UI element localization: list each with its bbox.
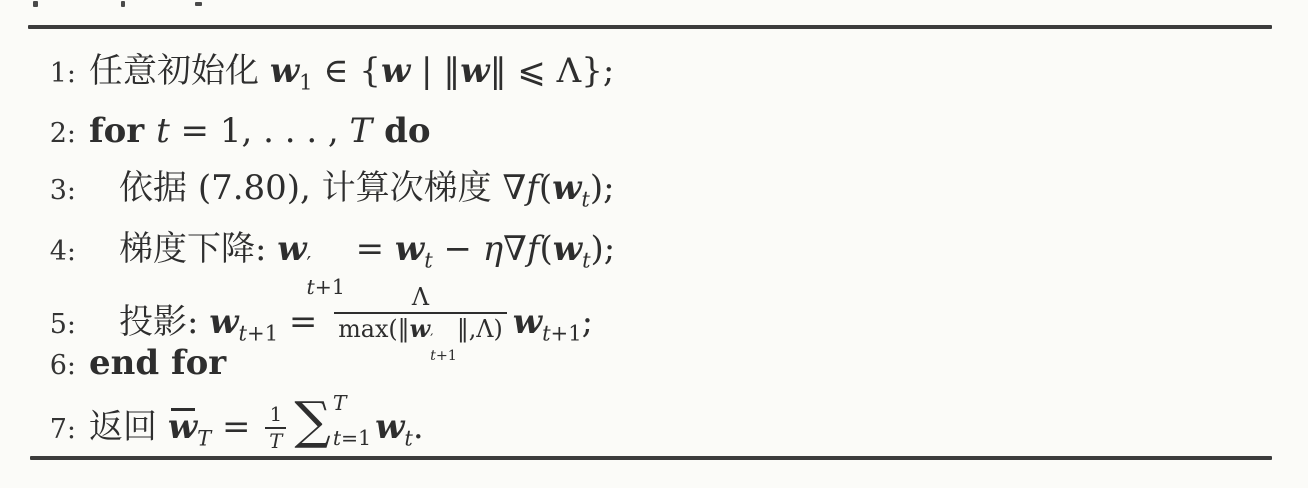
fraction: 1T (265, 403, 286, 453)
math-symbol: +1 (436, 348, 457, 364)
bottom-rule (30, 456, 1272, 460)
line-content: 投影: wt+1 = Λmax(‖w′t+1‖,Λ)wt+1; (119, 302, 593, 342)
math-variable: T (350, 111, 373, 151)
text-run: 返回 (89, 407, 168, 447)
subscript: t (404, 425, 412, 450)
math-symbol: ( (539, 168, 552, 208)
scan-artifact (121, 1, 125, 7)
math-symbol: ′ (430, 332, 433, 348)
line-number: 1: (28, 51, 76, 97)
math-variable: T (333, 391, 347, 415)
summation-limits: Tt=1 (333, 392, 371, 450)
math-variable: T (197, 425, 211, 450)
math-symbol: ); (590, 168, 615, 208)
subscript: t+1 (430, 348, 457, 364)
math-symbol: +1 (551, 320, 582, 345)
math-vector: w (460, 51, 489, 91)
math-vector: w (270, 51, 299, 91)
superscript-subscript: ′t+1 (430, 332, 457, 365)
line-content: for t = 1, . . . , T do (89, 111, 431, 151)
math-symbol: +1 (247, 320, 278, 345)
math-variable: t (581, 186, 589, 211)
math-variable: η (483, 229, 503, 269)
math-symbol: ‖ ⩽ Λ}; (490, 51, 615, 91)
line-number: 3: (28, 168, 76, 214)
math-symbol: ); (591, 229, 616, 269)
keyword: for (89, 111, 156, 151)
sigma-symbol: ∑ (294, 396, 330, 447)
math-variable: t (582, 247, 590, 272)
math-vector: w (381, 51, 410, 91)
fraction-denominator: max(‖w′t+1‖,Λ) (334, 312, 507, 365)
superscript: ′ (430, 332, 457, 348)
math-vector: w (375, 407, 404, 447)
subscript: t+1 (239, 320, 279, 345)
subscript: t (582, 247, 590, 272)
line-content: 任意初始化 w1 ∈ {w | ‖w‖ ⩽ Λ}; (89, 51, 614, 91)
math-symbol: − (433, 229, 483, 269)
fraction-numerator: 1 (265, 403, 286, 427)
scanned-page: { "colors": { "background": "#fbfbf8", "… (0, 0, 1308, 488)
math-symbol: ∇ (503, 229, 527, 269)
math-symbol: ‖,Λ) (457, 315, 503, 343)
line-number: 2: (28, 111, 76, 157)
math-symbol: = (345, 229, 395, 269)
math-vector: w (209, 302, 238, 342)
keyword: end for (89, 343, 226, 383)
subscript: t (581, 186, 589, 211)
math-vector: w (553, 229, 582, 269)
line-content: 依据 (7.80), 计算次梯度 ∇f(wt); (119, 168, 615, 208)
line-content: 返回 wT = 1T∑Tt=1wt. (89, 407, 424, 447)
math-vector: w (513, 302, 542, 342)
math-variable: T (269, 430, 282, 453)
keyword: do (372, 111, 430, 151)
math-vector: w (395, 229, 424, 269)
math-variable: t (424, 247, 432, 272)
math-symbol: 1 (270, 403, 283, 426)
math-variable: f (527, 229, 540, 269)
math-symbol: = 1, . . . , (170, 111, 350, 151)
math-symbol: . (413, 407, 424, 447)
algo-line-6: 6:end for (28, 340, 226, 389)
top-rule (28, 25, 1272, 29)
fraction: Λmax(‖w′t+1‖,Λ) (334, 283, 507, 365)
math-symbol: ; (582, 302, 593, 342)
text-run: 依据 (119, 168, 198, 208)
math-symbol: ( (540, 229, 553, 269)
math-vector: w (277, 229, 306, 269)
math-symbol: ∈ { (313, 51, 381, 91)
math-vector: w (410, 315, 431, 343)
line-content: end for (89, 343, 226, 383)
lower-limit: t=1 (333, 427, 371, 450)
math-variable: t (404, 425, 412, 450)
math-symbol: Λ (412, 283, 429, 311)
line-number: 6: (28, 343, 76, 389)
overbar: w (168, 404, 197, 450)
scan-artifact (195, 2, 202, 6)
subscript: t (424, 247, 432, 272)
math-vector: w (168, 407, 197, 447)
math-variable: t (542, 320, 550, 345)
math-variable: t (239, 320, 247, 345)
line-number: 7: (28, 407, 76, 453)
math-symbol: | ‖ (410, 51, 460, 91)
subscript: T (197, 425, 211, 450)
algo-line-7: 7:返回 wT = 1T∑Tt=1wt. (28, 392, 424, 461)
text-run: 投影: (119, 302, 209, 342)
math-symbol: = (211, 407, 261, 447)
algo-line-2: 2:for t = 1, . . . , T do (28, 108, 431, 157)
line-content: 梯度下降: w′t+1 = wt − η∇f(wt); (119, 229, 615, 269)
upper-limit: T (333, 392, 371, 415)
math-symbol: ′ (307, 252, 312, 276)
text-run: 任意初始化 (89, 51, 270, 91)
math-symbol: 1 (299, 69, 312, 94)
math-vector: w (552, 168, 581, 208)
math-symbol: =1 (341, 426, 371, 450)
math-variable: t (333, 426, 341, 450)
subscript: t+1 (542, 320, 582, 345)
line-number: 4: (28, 229, 76, 275)
math-symbol: ∇ (502, 168, 526, 208)
fraction-numerator: Λ (334, 283, 507, 312)
math-variable: t (156, 111, 170, 151)
summation: ∑Tt=1 (294, 392, 371, 450)
text-run: 梯度下降: (119, 229, 277, 269)
subscript: 1 (299, 69, 312, 94)
algo-line-3: 3:依据 (7.80), 计算次梯度 ∇f(wt); (28, 165, 615, 222)
math-symbol: = (278, 302, 328, 342)
superscript: ′ (307, 253, 345, 276)
fraction-denominator: T (265, 427, 286, 454)
text-run: 计算次梯度 (322, 168, 503, 208)
math-variable: f (526, 168, 539, 208)
scan-artifact (33, 1, 38, 7)
math-symbol: max(‖ (338, 315, 409, 343)
algo-line-1: 1:任意初始化 w1 ∈ {w | ‖w‖ ⩽ Λ}; (28, 48, 614, 105)
math-symbol: (7.80), (198, 168, 322, 208)
